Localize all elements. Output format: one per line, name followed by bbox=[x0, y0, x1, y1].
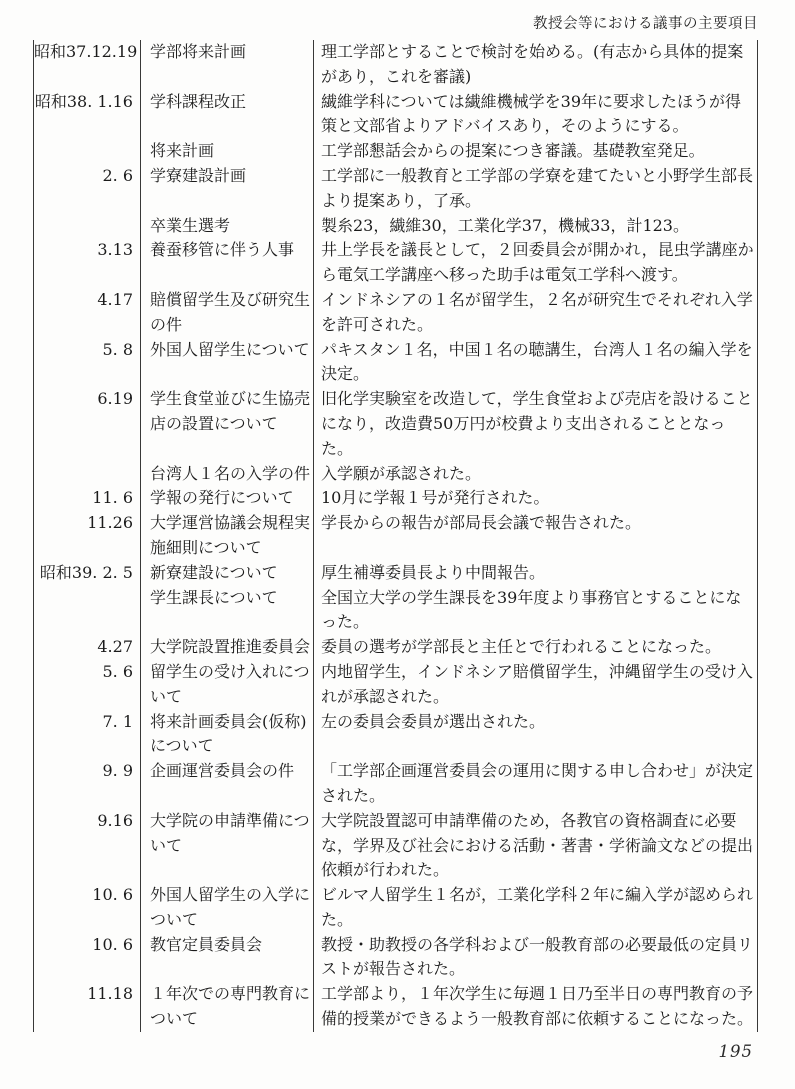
table-row: 10. 6 外国人留学生の入学について ビルマ人留学生１名が，工業化学科２年に編… bbox=[34, 883, 757, 933]
table-row: 4.27 大学院設置推進委員会 委員の選考が学部長と主任とで行われることになった… bbox=[34, 635, 757, 660]
row-content: インドネシアの１名が留学生，２名が研究生でそれぞれ入学を許可された。 bbox=[314, 288, 757, 338]
page-title: 教授会等における議事の主要項目 bbox=[533, 12, 758, 33]
row-topic: 学寮建設計画 bbox=[141, 164, 314, 214]
table-row: 5. 6 留学生の受け入れについて 内地留学生，インドネシア賠償留学生，沖縄留学… bbox=[34, 660, 757, 710]
row-date: 3.13 bbox=[34, 238, 141, 288]
row-topic: 学生課長について bbox=[141, 586, 314, 636]
row-date bbox=[34, 586, 141, 636]
table-row: 昭和37.12.19 学部将来計画 理工学部とすることで検討を始める。(有志から… bbox=[34, 40, 757, 90]
row-content: 左の委員会委員が選出された。 bbox=[314, 710, 757, 760]
row-date: 10. 6 bbox=[34, 933, 141, 983]
row-topic: 学部将来計画 bbox=[141, 40, 314, 90]
row-topic: 大学運営協議会規程実施細則について bbox=[141, 511, 314, 561]
table-row: 11.26 大学運営協議会規程実施細則について 学長からの報告が部局長会議で報告… bbox=[34, 511, 757, 561]
row-topic: 台湾人１名の入学の件 bbox=[141, 462, 314, 487]
row-content: パキスタン１名，中国１名の聴講生，台湾人１名の編入学を決定。 bbox=[314, 338, 757, 388]
row-date bbox=[34, 214, 141, 239]
row-content: 10月に学報１号が発行された。 bbox=[314, 486, 757, 511]
row-content: 委員の選考が学部長と主任とで行われることになった。 bbox=[314, 635, 757, 660]
row-date: 5. 6 bbox=[34, 660, 141, 710]
row-topic: 外国人留学生について bbox=[141, 338, 314, 388]
table-row: 昭和38. 1.16 学科課程改正 繊維学科については繊維機械学を39年に要求し… bbox=[34, 90, 757, 140]
table-row: 卒業生選考 製糸23，繊維30，工業化学37，機械33，計123。 bbox=[34, 214, 757, 239]
row-content: 工学部より，１年次学生に毎週１日乃至半日の専門教育の予備的授業ができるよう一般教… bbox=[314, 982, 757, 1032]
row-topic: 留学生の受け入れについて bbox=[141, 660, 314, 710]
table-row: 9. 9 企画運営委員会の件 「工学部企画運営委員会の運用に関する申し合わせ」が… bbox=[34, 759, 757, 809]
page-number: 195 bbox=[719, 1042, 754, 1061]
row-topic: 学報の発行について bbox=[141, 486, 314, 511]
row-content: 井上学長を議長として，２回委員会が開かれ，昆虫学講座から電気工学講座へ移った助手… bbox=[314, 238, 757, 288]
row-topic: 賠償留学生及び研究生の件 bbox=[141, 288, 314, 338]
row-topic: 卒業生選考 bbox=[141, 214, 314, 239]
table-row: 10. 6 教官定員委員会 教授・助教授の各学科および一般教育部の必要最低の定員… bbox=[34, 933, 757, 983]
row-content: 「工学部企画運営委員会の運用に関する申し合わせ」が決定された。 bbox=[314, 759, 757, 809]
row-content: 厚生補導委員長より中間報告。 bbox=[314, 561, 757, 586]
table-row: 3.13 養蚕移管に伴う人事 井上学長を議長として，２回委員会が開かれ，昆虫学講… bbox=[34, 238, 757, 288]
row-content: 入学願が承認された。 bbox=[314, 462, 757, 487]
row-date: 9.16 bbox=[34, 809, 141, 883]
table-row: 5. 8 外国人留学生について パキスタン１名，中国１名の聴講生，台湾人１名の編… bbox=[34, 338, 757, 388]
table-row: 昭和39. 2. 5 新寮建設について 厚生補導委員長より中間報告。 bbox=[34, 561, 757, 586]
row-date: 11. 6 bbox=[34, 486, 141, 511]
row-topic: 将来計画委員会(仮称)について bbox=[141, 710, 314, 760]
table-row: 学生課長について 全国立大学の学生課長を39年度より事務官とすることになった。 bbox=[34, 586, 757, 636]
row-date: 昭和39. 2. 5 bbox=[34, 561, 141, 586]
table-row: 2. 6 学寮建設計画 工学部に一般教育と工学部の学寮を建てたいと小野学生部長よ… bbox=[34, 164, 757, 214]
row-date: 10. 6 bbox=[34, 883, 141, 933]
table-row: 将来計画 工学部懇話会からの提案につき審議。基礎教室発足。 bbox=[34, 139, 757, 164]
row-date: 昭和37.12.19 bbox=[34, 40, 141, 90]
row-topic: 大学院設置推進委員会 bbox=[141, 635, 314, 660]
row-topic: 大学院の申請準備について bbox=[141, 809, 314, 883]
row-content: ビルマ人留学生１名が，工業化学科２年に編入学が認められた。 bbox=[314, 883, 757, 933]
row-date: 5. 8 bbox=[34, 338, 141, 388]
row-date: 11.26 bbox=[34, 511, 141, 561]
row-date: 6.19 bbox=[34, 387, 141, 461]
row-topic: 企画運営委員会の件 bbox=[141, 759, 314, 809]
row-content: 理工学部とすることで検討を始める。(有志から具体的提案があり，これを審議) bbox=[314, 40, 757, 90]
row-content: 全国立大学の学生課長を39年度より事務官とすることになった。 bbox=[314, 586, 757, 636]
row-topic: 教官定員委員会 bbox=[141, 933, 314, 983]
row-topic: １年次での専門教育について bbox=[141, 982, 314, 1032]
row-date: 9. 9 bbox=[34, 759, 141, 809]
row-topic: 将来計画 bbox=[141, 139, 314, 164]
row-date bbox=[34, 139, 141, 164]
table-row: 台湾人１名の入学の件 入学願が承認された。 bbox=[34, 462, 757, 487]
row-date bbox=[34, 462, 141, 487]
row-date: 4.17 bbox=[34, 288, 141, 338]
row-date: 4.27 bbox=[34, 635, 141, 660]
row-content: 工学部に一般教育と工学部の学寮を建てたいと小野学生部長より提案あり，了承。 bbox=[314, 164, 757, 214]
table-row: 7. 1 将来計画委員会(仮称)について 左の委員会委員が選出された。 bbox=[34, 710, 757, 760]
row-date: 2. 6 bbox=[34, 164, 141, 214]
row-content: 教授・助教授の各学科および一般教育部の必要最低の定員リストが報告された。 bbox=[314, 933, 757, 983]
proceedings-table: 昭和37.12.19 学部将来計画 理工学部とすることで検討を始める。(有志から… bbox=[33, 40, 758, 1032]
row-topic: 学科課程改正 bbox=[141, 90, 314, 140]
row-content: 工学部懇話会からの提案につき審議。基礎教室発足。 bbox=[314, 139, 757, 164]
row-content: 製糸23，繊維30，工業化学37，機械33，計123。 bbox=[314, 214, 757, 239]
row-content: 内地留学生，インドネシア賠償留学生，沖縄留学生の受け入れが承認された。 bbox=[314, 660, 757, 710]
row-content: 繊維学科については繊維機械学を39年に要求したほうが得策と文部省よりアドバイスあ… bbox=[314, 90, 757, 140]
row-content: 旧化学実験室を改造して，学生食堂および売店を設けることになり，改造費50万円が校… bbox=[314, 387, 757, 461]
row-topic: 養蚕移管に伴う人事 bbox=[141, 238, 314, 288]
row-date: 昭和38. 1.16 bbox=[34, 90, 141, 140]
row-topic: 新寮建設について bbox=[141, 561, 314, 586]
table-row: 11.18 １年次での専門教育について 工学部より，１年次学生に毎週１日乃至半日… bbox=[34, 982, 757, 1032]
row-date: 7. 1 bbox=[34, 710, 141, 760]
row-content: 大学院設置認可申請準備のため，各教官の資格調査に必要な，学界及び社会における活動… bbox=[314, 809, 757, 883]
row-topic: 外国人留学生の入学について bbox=[141, 883, 314, 933]
table-row: 11. 6 学報の発行について 10月に学報１号が発行された。 bbox=[34, 486, 757, 511]
row-content: 学長からの報告が部局長会議で報告された。 bbox=[314, 511, 757, 561]
table-row: 4.17 賠償留学生及び研究生の件 インドネシアの１名が留学生，２名が研究生でそ… bbox=[34, 288, 757, 338]
row-topic: 学生食堂並びに生協売店の設置について bbox=[141, 387, 314, 461]
table-row: 6.19 学生食堂並びに生協売店の設置について 旧化学実験室を改造して，学生食堂… bbox=[34, 387, 757, 461]
table-row: 9.16 大学院の申請準備について 大学院設置認可申請準備のため，各教官の資格調… bbox=[34, 809, 757, 883]
row-date: 11.18 bbox=[34, 982, 141, 1032]
